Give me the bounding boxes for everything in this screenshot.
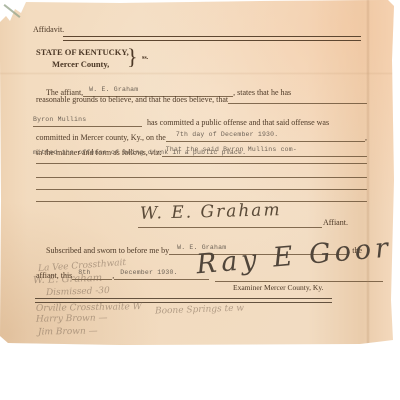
affiant-signature: W. E. Graham bbox=[140, 200, 282, 224]
believe-blank bbox=[228, 103, 367, 104]
blank-rule-2 bbox=[36, 177, 367, 178]
charge-typed-2: mitted the offense of being drunk in a p… bbox=[33, 149, 246, 156]
document-kind-label: Affidavit. bbox=[33, 25, 64, 34]
sworn-prefix: Subscribed and sworn to before me by bbox=[46, 246, 169, 255]
paper-crease-vertical bbox=[366, 0, 370, 345]
paper-crease-horizontal bbox=[0, 72, 394, 75]
date-typed: 7th day of December 1930. bbox=[166, 131, 279, 138]
state-heading: STATE OF KENTUCKY, bbox=[36, 47, 129, 57]
pencil-note: Harry Brown — bbox=[36, 313, 108, 324]
pencil-note: Orville Crossthwaite W bbox=[36, 302, 142, 314]
examiner-title: Examiner Mercer County, Ky. bbox=[233, 283, 323, 292]
pencil-note: W. E. Graham bbox=[33, 273, 103, 286]
blank-rule-1 bbox=[36, 163, 367, 164]
affidavit-paper-sheet: Affidavit. STATE OF KENTUCKY, Mercer Cou… bbox=[0, 0, 394, 345]
brace-glyph: } bbox=[127, 44, 138, 70]
offender-name-typed: Byron Mullins bbox=[33, 116, 86, 123]
ss-abbreviation: ss. bbox=[142, 55, 148, 61]
charge-line-2: mitted the offense of being drunk in a p… bbox=[33, 149, 246, 156]
sworn-date-blank: December 1930. bbox=[114, 261, 209, 280]
sworn-date-typed: December 1930. bbox=[120, 269, 177, 276]
blank-rule-3 bbox=[36, 189, 367, 190]
believe-line: reasonable grounds to believe, and that … bbox=[36, 95, 367, 104]
affiant-label: Affiant. bbox=[323, 218, 348, 227]
pencil-note: Jim Brown — bbox=[38, 326, 98, 337]
believe-text: reasonable grounds to believe, and that … bbox=[36, 95, 228, 104]
affiant-signature-rule bbox=[138, 227, 322, 228]
pencil-note: Dismissed -30 bbox=[46, 286, 110, 298]
affiant-name-typed: W. E. Graham bbox=[89, 86, 138, 93]
examiner-signature-rule bbox=[215, 281, 383, 282]
county-heading: Mercer County, bbox=[52, 59, 109, 69]
header-double-rule bbox=[63, 36, 361, 41]
pencil-note: Boone Springs te w bbox=[155, 303, 244, 316]
